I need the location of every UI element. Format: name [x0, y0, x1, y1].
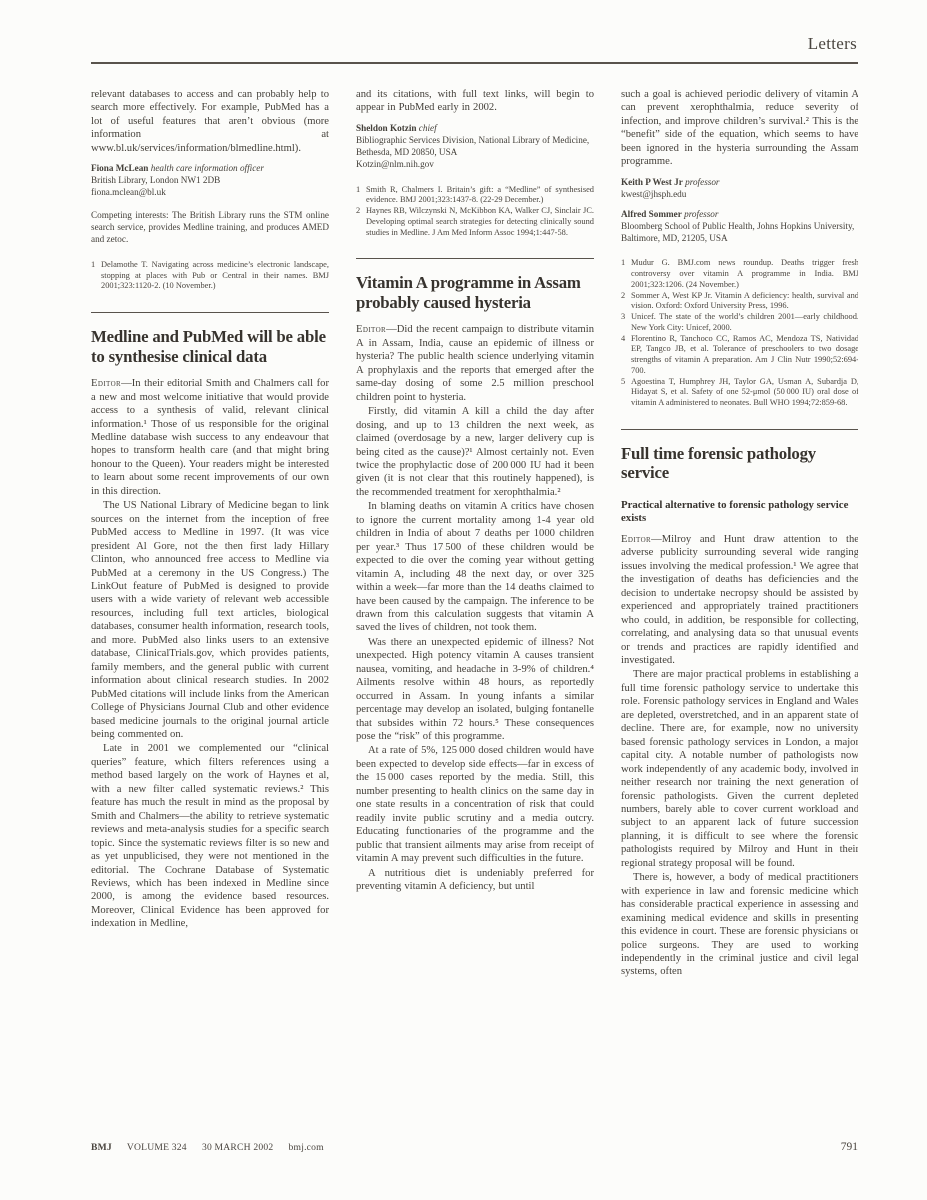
letter-subtitle: Practical alternative to forensic pathol…: [621, 499, 858, 526]
reference-text: Delamothe T. Navigating across medicine’…: [101, 260, 329, 292]
letter-paragraph: In blaming deaths on vitamin A critics h…: [356, 500, 594, 635]
signature-block: Alfred Sommer professor Bloomberg School…: [621, 209, 858, 245]
reference-item: 1 Smith R, Chalmers I. Britain’s gift: a…: [356, 185, 594, 207]
journal-page: Letters relevant databases to access and…: [0, 0, 927, 1200]
reference-number: 4: [621, 334, 631, 377]
reference-list: 1 Delamothe T. Navigating across medicin…: [91, 260, 329, 292]
reference-number: 1: [621, 258, 631, 290]
author-name: Alfred Sommer: [621, 209, 682, 219]
letter-paragraph: Firstly, did vitamin A kill a child the …: [356, 405, 594, 499]
reference-text: Mudur G. BMJ.com news roundup. Deaths tr…: [631, 258, 858, 290]
author-role: professor: [685, 177, 719, 187]
continuation-paragraph: relevant databases to access and can pro…: [91, 88, 329, 155]
signature-block: Sheldon Kotzin chief Bibliographic Servi…: [356, 123, 594, 171]
reference-number: 2: [356, 206, 366, 238]
reference-number: 3: [621, 312, 631, 334]
footer-date: 30 MARCH 2002: [202, 1142, 273, 1153]
footer-site: bmj.com: [289, 1142, 324, 1153]
column-1: relevant databases to access and can pro…: [91, 88, 329, 1136]
author-address: Bloomberg School of Public Health, Johns…: [621, 221, 858, 245]
letter-paragraph: Editor—Milroy and Hunt draw attention to…: [621, 533, 858, 668]
letter-paragraph: A nutritious diet is undeniably preferre…: [356, 867, 594, 894]
letter-paragraph: There is, however, a body of medical pra…: [621, 871, 858, 979]
reference-item: 1 Delamothe T. Navigating across medicin…: [91, 260, 329, 292]
footer-citation: BMJ VOLUME 324 30 MARCH 2002 bmj.com: [91, 1142, 324, 1153]
reference-item: 3 Unicef. The state of the world’s child…: [621, 312, 858, 334]
letter-paragraph: Late in 2001 we complemented our “clinic…: [91, 742, 329, 930]
text-columns: relevant databases to access and can pro…: [91, 88, 858, 1136]
reference-number: 5: [621, 377, 631, 409]
author-name: Fiona McLean: [91, 163, 148, 173]
author-line: Keith P West Jr professor: [621, 177, 858, 189]
signature-block: Fiona McLean health care information off…: [91, 163, 329, 199]
column-2: and its citations, with full text links,…: [356, 88, 594, 1136]
header-rule: [91, 62, 858, 64]
section-divider: [356, 258, 594, 259]
editor-label: Editor: [356, 324, 386, 335]
letter-paragraph: There are major practical problems in es…: [621, 668, 858, 870]
letter-title: Vitamin A programme in Assam probably ca…: [356, 273, 594, 312]
continuation-paragraph: and its citations, with full text links,…: [356, 88, 594, 115]
letter-paragraph: The US National Library of Medicine bega…: [91, 499, 329, 741]
author-role: health care information officer: [151, 163, 264, 173]
reference-number: 2: [621, 291, 631, 313]
author-email: Kotzin@nlm.nih.gov: [356, 159, 594, 171]
reference-text: Smith R, Chalmers I. Britain’s gift: a “…: [366, 185, 594, 207]
editor-label: Editor: [91, 378, 121, 389]
reference-text: Florentino R, Tanchoco CC, Ramos AC, Men…: [631, 334, 858, 377]
author-line: Fiona McLean health care information off…: [91, 163, 329, 175]
section-divider: [91, 312, 329, 313]
reference-item: 5 Agoestina T, Humphrey JH, Taylor GA, U…: [621, 377, 858, 409]
reference-text: Unicef. The state of the world’s childre…: [631, 312, 858, 334]
author-line: Alfred Sommer professor: [621, 209, 858, 221]
author-address: Bibliographic Services Division, Nationa…: [356, 135, 594, 159]
paragraph-text: —Milroy and Hunt draw attention to the a…: [621, 534, 858, 666]
letter-paragraph: Editor—Did the recent campaign to distri…: [356, 323, 594, 404]
paragraph-text: —In their editorial Smith and Chalmers c…: [91, 378, 329, 497]
reference-text: Agoestina T, Humphrey JH, Taylor GA, Usm…: [631, 377, 858, 409]
page-number: 791: [841, 1141, 858, 1153]
editor-label: Editor: [621, 534, 651, 545]
paragraph-text: —Did the recent campaign to distribute v…: [356, 324, 594, 402]
author-email: kwest@jhsph.edu: [621, 189, 858, 201]
running-head: Letters: [808, 34, 857, 54]
reference-text: Sommer A, West KP Jr. Vitamin A deficien…: [631, 291, 858, 313]
letter-paragraph: Was there an unexpected epidemic of illn…: [356, 636, 594, 744]
reference-text: Haynes RB, Wilczynski N, McKibbon KA, Wa…: [366, 206, 594, 238]
footer-volume: VOLUME 324: [127, 1142, 187, 1153]
continuation-paragraph: such a goal is achieved periodic deliver…: [621, 88, 858, 169]
author-name: Sheldon Kotzin: [356, 123, 417, 133]
reference-item: 2 Haynes RB, Wilczynski N, McKibbon KA, …: [356, 206, 594, 238]
reference-number: 1: [356, 185, 366, 207]
column-3: such a goal is achieved periodic deliver…: [621, 88, 858, 1136]
reference-item: 2 Sommer A, West KP Jr. Vitamin A defici…: [621, 291, 858, 313]
footer-journal: BMJ: [91, 1142, 112, 1153]
reference-item: 1 Mudur G. BMJ.com news roundup. Deaths …: [621, 258, 858, 290]
signature-block: Keith P West Jr professor kwest@jhsph.ed…: [621, 177, 858, 201]
letter-paragraph: Editor—In their editorial Smith and Chal…: [91, 377, 329, 498]
author-line: Sheldon Kotzin chief: [356, 123, 594, 135]
letter-title: Medline and PubMed will be able to synth…: [91, 327, 329, 366]
letter-title: Full time forensic pathology service: [621, 444, 858, 483]
letter-paragraph: At a rate of 5%, 125 000 dosed children …: [356, 744, 594, 865]
author-email: fiona.mclean@bl.uk: [91, 187, 329, 199]
reference-list: 1 Smith R, Chalmers I. Britain’s gift: a…: [356, 185, 594, 239]
reference-list: 1 Mudur G. BMJ.com news roundup. Deaths …: [621, 258, 858, 409]
section-divider: [621, 429, 858, 430]
author-role: professor: [684, 209, 718, 219]
reference-item: 4 Florentino R, Tanchoco CC, Ramos AC, M…: [621, 334, 858, 377]
author-name: Keith P West Jr: [621, 177, 683, 187]
author-address: British Library, London NW1 2DB: [91, 175, 329, 187]
reference-number: 1: [91, 260, 101, 292]
page-footer: BMJ VOLUME 324 30 MARCH 2002 bmj.com 791: [91, 1141, 858, 1153]
author-role: chief: [419, 123, 437, 133]
competing-interests: Competing interests: The British Library…: [91, 210, 329, 246]
